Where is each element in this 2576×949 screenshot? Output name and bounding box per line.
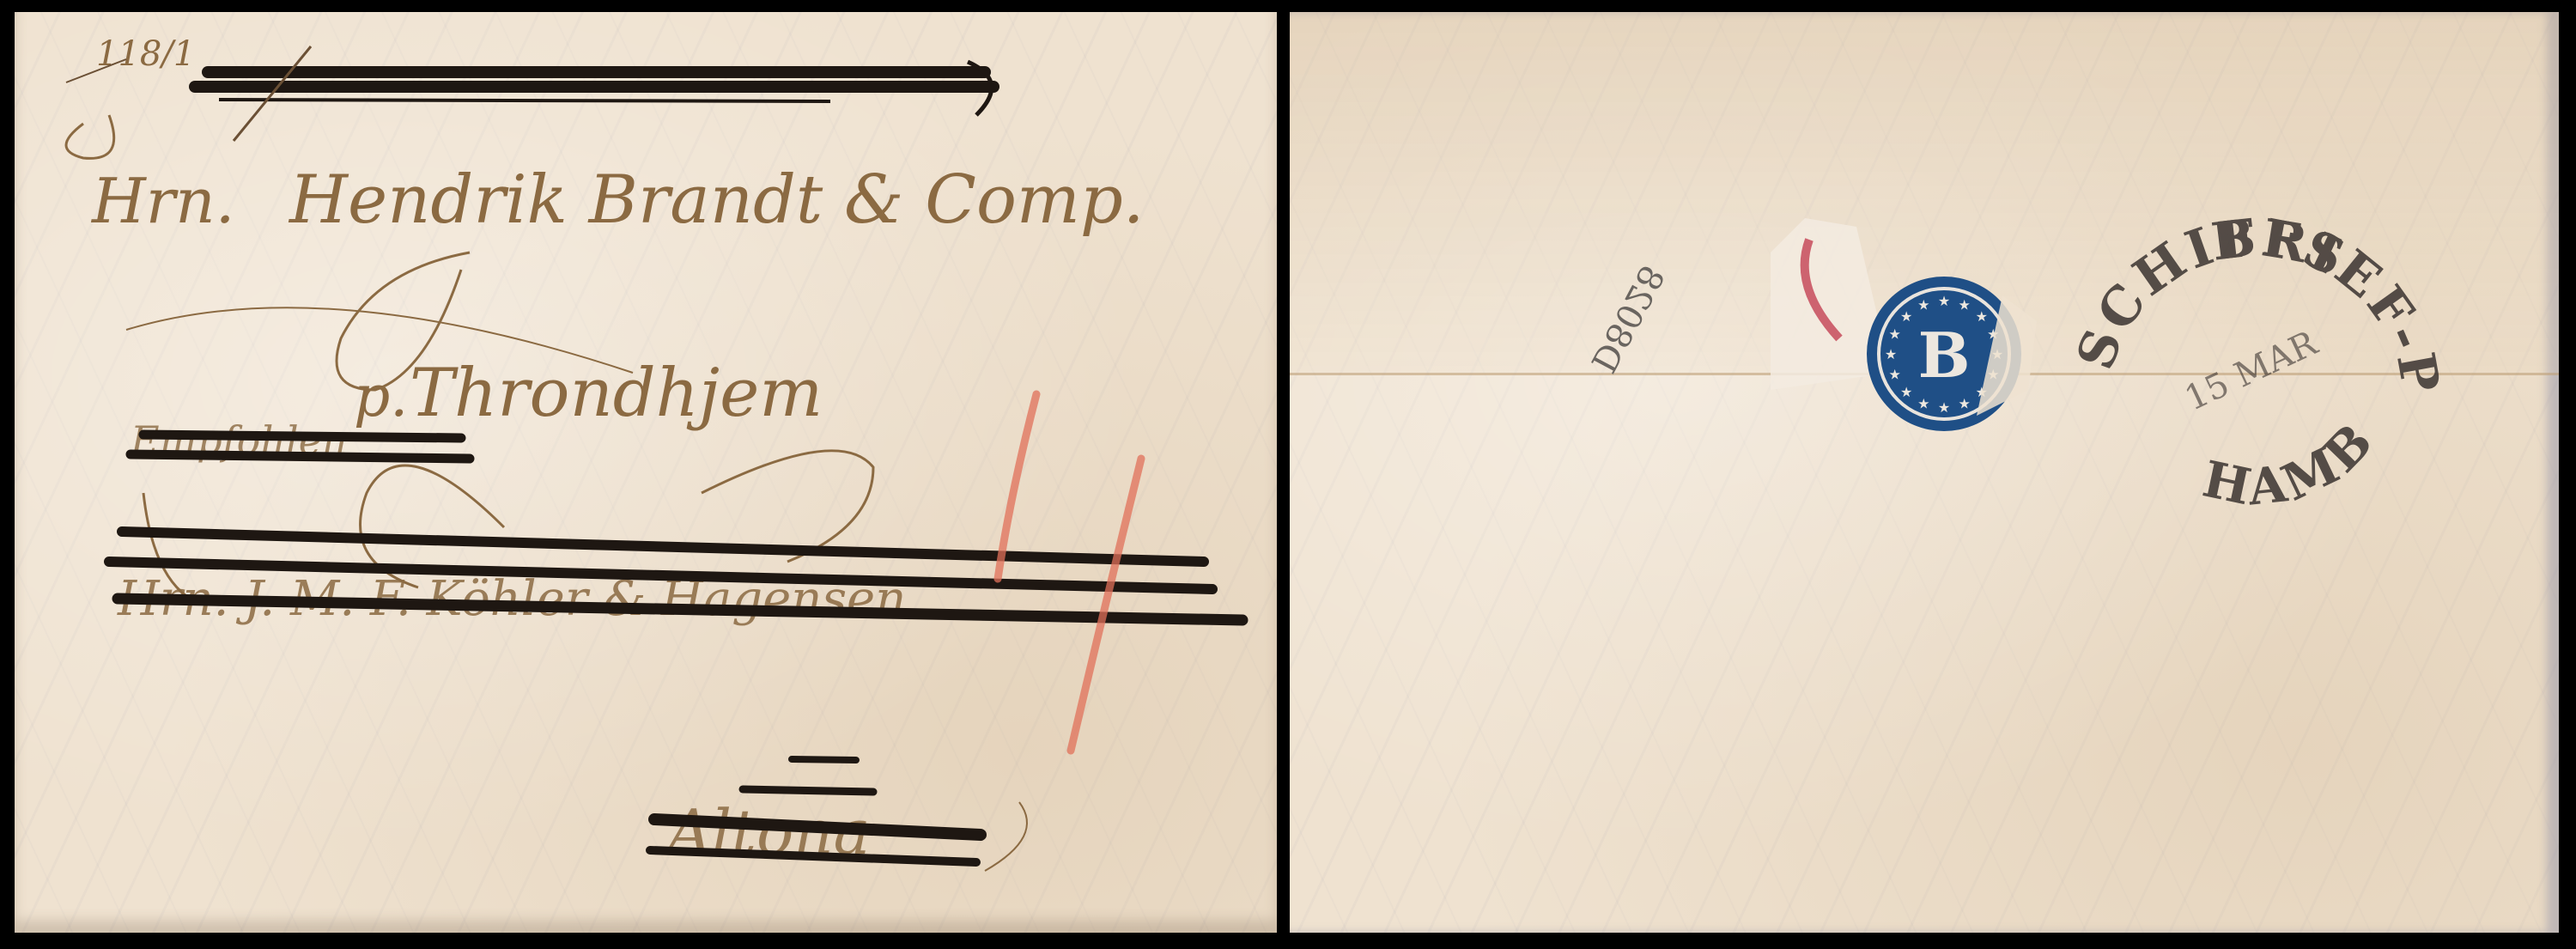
- wafer-seal: ★★★★★★★★★★★★★★★★ B: [1867, 277, 2037, 431]
- star-icon: ★: [1917, 297, 1929, 313]
- back-marks-layer: D8028 ★★★★★★★★★★★★★★★★ B SCHIFFS BRIEF-P…: [1290, 12, 2559, 933]
- destination-prefix: p.: [354, 363, 408, 429]
- cover-front: 118/1 Hrn. Hendrik Brandt & Comp. p. Thr…: [15, 12, 1277, 933]
- pencil-reference: D8028: [1583, 259, 1671, 379]
- front-ink-layer: 118/1 Hrn. Hendrik Brandt & Comp. p. Thr…: [15, 12, 1277, 933]
- postmark: SCHIFFS BRIEF-POST HAMB. 15 MAR: [1290, 12, 2451, 517]
- star-icon: ★: [1900, 384, 1912, 400]
- seal-monogram: B: [1918, 319, 1971, 392]
- addressee-prefix: Hrn.: [90, 165, 234, 237]
- cover-back: D8028 ★★★★★★★★★★★★★★★★ B SCHIFFS BRIEF-P…: [1290, 12, 2559, 933]
- star-icon: ★: [1885, 346, 1897, 362]
- star-icon: ★: [1959, 395, 1971, 411]
- svg-text:4: 4: [15, 12, 23, 15]
- star-icon: ★: [1900, 308, 1912, 325]
- star-icon: ★: [1959, 297, 1971, 313]
- star-icon: ★: [1938, 399, 1950, 416]
- star-icon: ★: [1889, 325, 1901, 342]
- addressee-name: Hendrik Brandt & Comp.: [288, 161, 1145, 239]
- star-icon: ★: [1889, 367, 1901, 383]
- docket-number: 118/1: [96, 34, 195, 74]
- star-icon: ★: [1917, 395, 1929, 411]
- destination-city: Throndhjem: [410, 355, 823, 432]
- star-icon: ★: [1938, 293, 1950, 309]
- star-icon: ★: [1976, 308, 1988, 325]
- postmark-date: 15 MAR: [2179, 323, 2324, 419]
